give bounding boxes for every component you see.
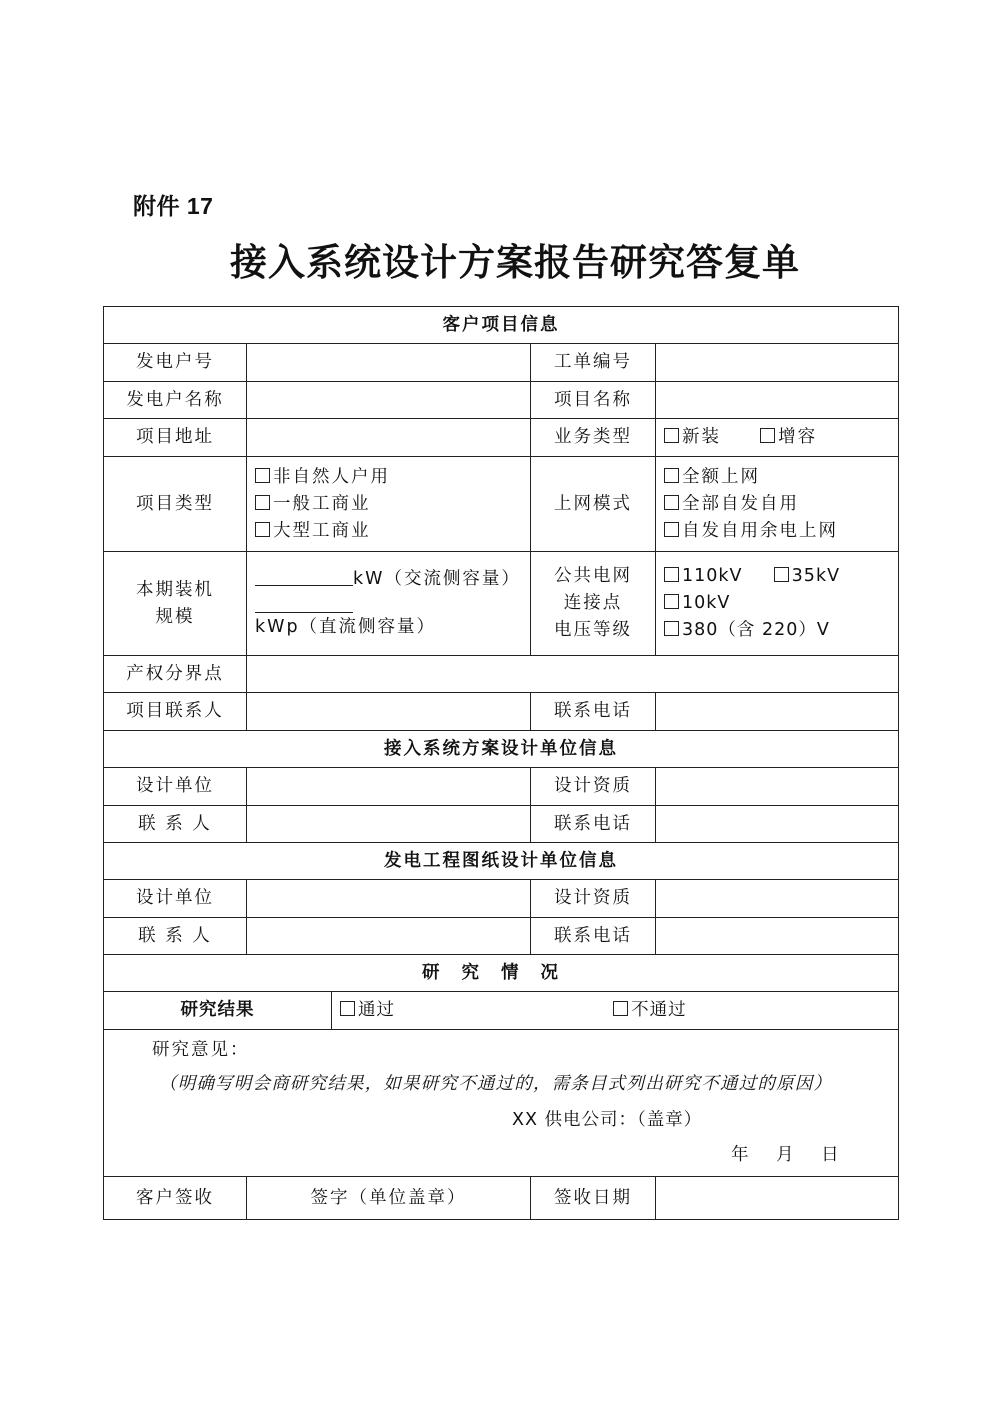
checkbox-surplus-grid[interactable]: 自发自用余电上网 — [664, 518, 898, 545]
checkbox-icon — [664, 495, 679, 510]
field-receipt-date[interactable] — [656, 1177, 899, 1220]
project-type-options: 非自然人户用 一般工商业 大型工商业 — [247, 457, 531, 552]
field-address[interactable] — [247, 419, 531, 457]
field-access-design-qualification[interactable] — [656, 768, 899, 806]
grid-mode-options: 全额上网 全部自发自用 自发自用余电上网 — [656, 457, 899, 552]
customer-signature-field[interactable]: 签字（单位盖章） — [247, 1177, 531, 1220]
checkbox-10kv[interactable]: 10kV — [664, 590, 898, 617]
checkbox-icon — [255, 522, 270, 537]
checkbox-icon — [664, 621, 679, 636]
checkbox-icon — [340, 1001, 355, 1016]
checkbox-35kv[interactable]: 35kV — [774, 566, 840, 586]
research-opinion-hint: （明确写明会商研究结果，如果研究不通过的，需条目式列出研究不通过的原因） — [159, 1074, 832, 1095]
label-project-contact: 项目联系人 — [104, 693, 247, 731]
checkbox-icon — [760, 428, 775, 443]
label-account-name: 发电户名称 — [104, 382, 247, 419]
label-design-phone: 联系电话 — [531, 806, 656, 843]
capacity-dc-blank[interactable] — [255, 598, 353, 613]
checkbox-icon — [255, 468, 270, 483]
checkbox-380v[interactable]: 380（含 220）V — [664, 617, 898, 644]
label-property-boundary: 产权分界点 — [104, 656, 247, 693]
label-work-order: 工单编号 — [531, 344, 656, 382]
checkbox-pass[interactable]: 通过 — [340, 1000, 395, 1020]
field-access-design-contact[interactable] — [247, 806, 531, 843]
section-research: 研究情况 — [104, 955, 899, 992]
checkbox-capacity-increase[interactable]: 增容 — [760, 427, 817, 447]
label-design-phone: 联系电话 — [531, 918, 656, 955]
checkbox-general-commercial[interactable]: 一般工商业 — [255, 491, 530, 518]
checkbox-icon — [613, 1001, 628, 1016]
checkbox-icon — [664, 522, 679, 537]
label-business-type: 业务类型 — [531, 419, 656, 457]
section-drawing-design-unit: 发电工程图纸设计单位信息 — [104, 843, 899, 880]
field-account-name[interactable] — [247, 382, 531, 419]
label-voltage-level: 公共电网 连接点 电压等级 — [531, 552, 656, 656]
label-project-type: 项目类型 — [104, 457, 247, 552]
business-type-options: 新装 增容 — [656, 419, 899, 457]
research-opinion-box[interactable]: 研究意见： （明确写明会商研究结果，如果研究不通过的，需条目式列出研究不通过的原… — [104, 1030, 899, 1177]
checkbox-icon — [664, 594, 679, 609]
field-drawing-design-qualification[interactable] — [656, 880, 899, 918]
attachment-number: 附件 17 — [133, 188, 213, 221]
label-project-name: 项目名称 — [531, 382, 656, 419]
capacity-fields: kW（交流侧容量） kWp（直流侧容量） — [247, 552, 531, 656]
field-account-no[interactable] — [247, 344, 531, 382]
capacity-ac[interactable]: kW（交流侧容量） — [255, 566, 530, 593]
label-customer-receipt: 客户签收 — [104, 1177, 247, 1220]
checkbox-icon — [664, 567, 679, 582]
field-drawing-design-contact[interactable] — [247, 918, 531, 955]
reply-form-table: 客户项目信息 发电户号 工单编号 发电户名称 项目名称 项目地址 业务类型 新装… — [103, 306, 899, 1220]
opinion-date-line: 年 月 日 — [731, 1145, 839, 1166]
checkbox-fail[interactable]: 不通过 — [613, 1000, 687, 1020]
field-work-order[interactable] — [656, 344, 899, 382]
field-access-design-unit[interactable] — [247, 768, 531, 806]
field-access-design-phone[interactable] — [656, 806, 899, 843]
checkbox-large-commercial[interactable]: 大型工商业 — [255, 518, 530, 545]
checkbox-icon — [255, 495, 270, 510]
checkbox-self-use[interactable]: 全部自发自用 — [664, 491, 898, 518]
label-research-result: 研究结果 — [104, 992, 332, 1030]
checkbox-110kv[interactable]: 110kV — [664, 566, 743, 586]
checkbox-icon — [774, 567, 789, 582]
voltage-options: 110kV 35kV 10kV 380（含 220）V — [656, 552, 899, 656]
label-grid-mode: 上网模式 — [531, 457, 656, 552]
label-capacity: 本期装机 规模 — [104, 552, 247, 656]
research-opinion-label: 研究意见： — [152, 1040, 250, 1061]
company-stamp-label: XX 供电公司：（盖章） — [512, 1110, 702, 1131]
checkbox-icon — [664, 428, 679, 443]
page-title: 接入系统设计方案报告研究答复单 — [0, 232, 992, 286]
label-design-contact: 联 系 人 — [104, 918, 247, 955]
research-result-options: 通过 不通过 — [332, 992, 899, 1030]
field-project-name[interactable] — [656, 382, 899, 419]
checkbox-new-install[interactable]: 新装 — [664, 427, 721, 447]
label-design-unit: 设计单位 — [104, 880, 247, 918]
section-customer-info: 客户项目信息 — [104, 307, 899, 344]
capacity-dc[interactable]: kWp（直流侧容量） — [255, 593, 530, 641]
section-access-design-unit: 接入系统方案设计单位信息 — [104, 731, 899, 768]
label-address: 项目地址 — [104, 419, 247, 457]
checkbox-non-natural-person[interactable]: 非自然人户用 — [255, 464, 530, 491]
label-receipt-date: 签收日期 — [531, 1177, 656, 1220]
label-design-unit: 设计单位 — [104, 768, 247, 806]
checkbox-icon — [664, 468, 679, 483]
label-design-contact: 联 系 人 — [104, 806, 247, 843]
field-contact-phone[interactable] — [656, 693, 899, 731]
label-design-qualification: 设计资质 — [531, 768, 656, 806]
label-contact-phone: 联系电话 — [531, 693, 656, 731]
label-account-no: 发电户号 — [104, 344, 247, 382]
capacity-ac-blank[interactable] — [255, 571, 353, 586]
label-design-qualification: 设计资质 — [531, 880, 656, 918]
field-drawing-design-phone[interactable] — [656, 918, 899, 955]
field-project-contact[interactable] — [247, 693, 531, 731]
checkbox-full-grid[interactable]: 全额上网 — [664, 464, 898, 491]
field-drawing-design-unit[interactable] — [247, 880, 531, 918]
field-property-boundary[interactable] — [247, 656, 899, 693]
